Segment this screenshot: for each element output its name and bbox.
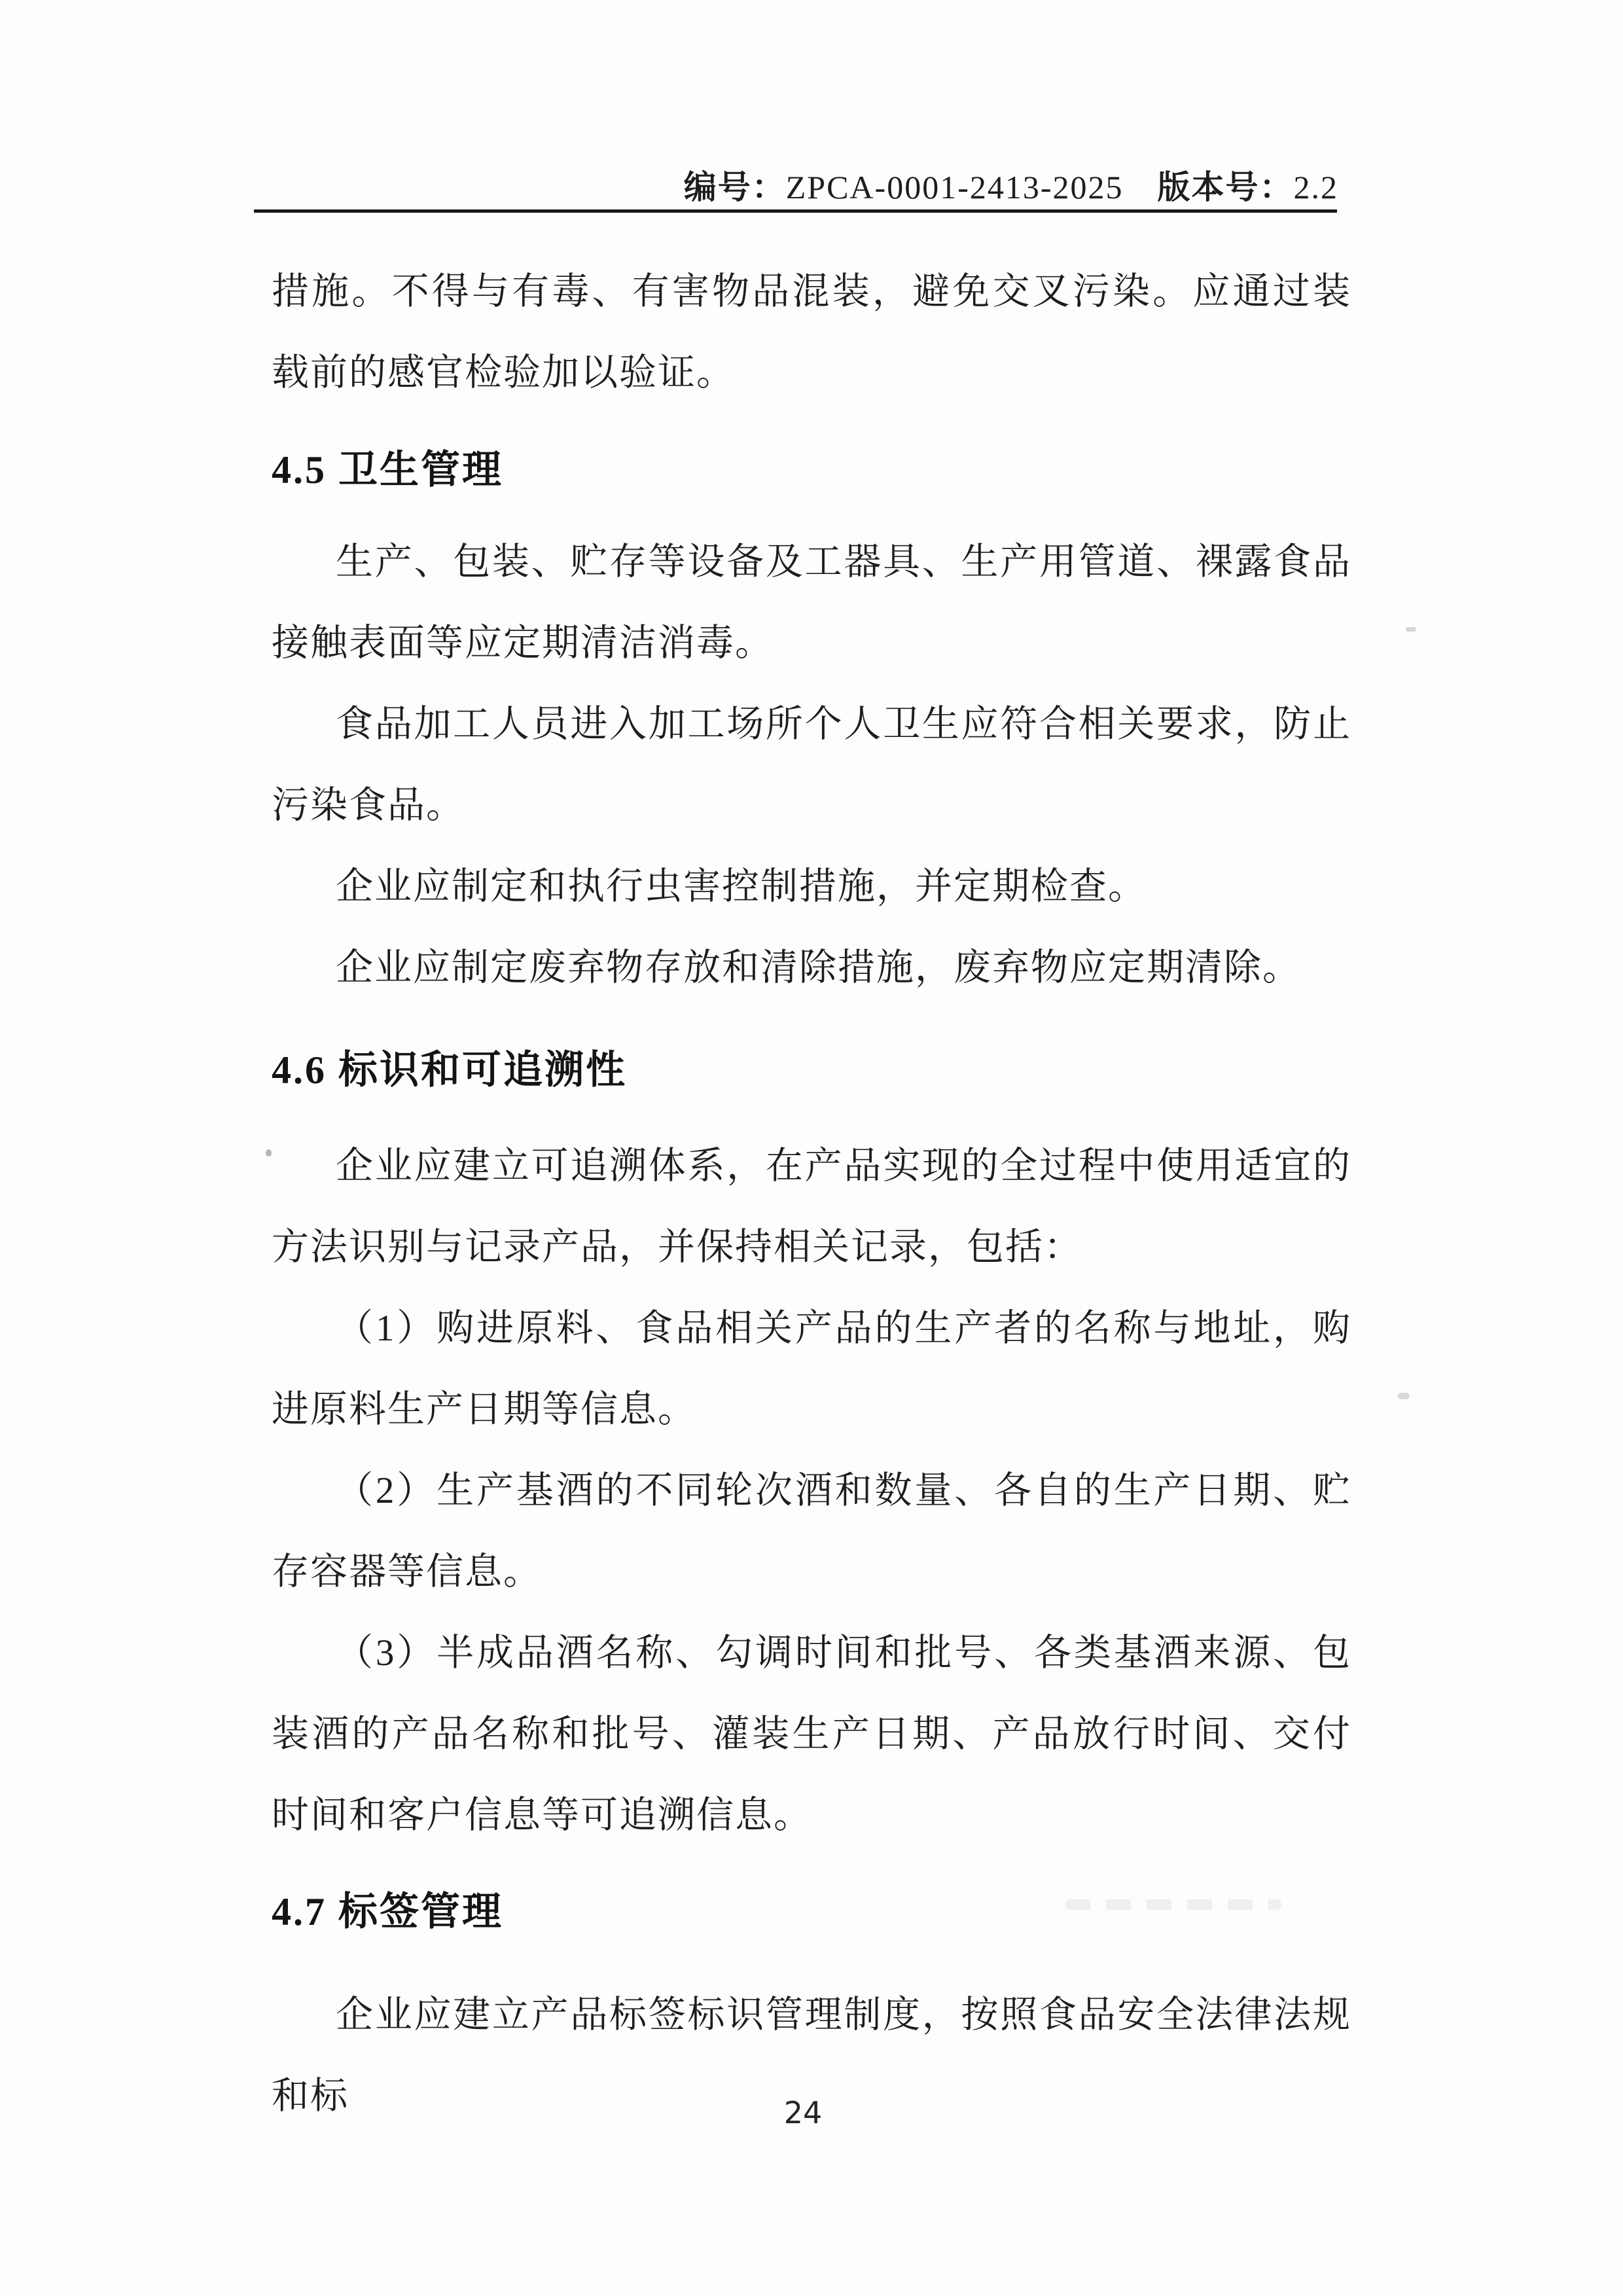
doc-number-value: ZPCA-0001-2413-2025	[786, 169, 1124, 206]
header-divider-rule	[254, 209, 1337, 213]
page-number: 24	[751, 2097, 855, 2128]
section-heading-4-5: 4.5 卫生管理	[272, 442, 1351, 498]
document-header: 编号：ZPCA-0001-2413-2025版本号：2.2	[272, 168, 1338, 207]
section-4-5: 生产、包装、贮存等设备及工器具、生产用管道、裸露食品接触表面等应定期清洁消毒。 …	[272, 522, 1351, 1009]
paragraph-continued: 措施。不得与有毒、有害物品混装，避免交叉污染。应通过装载前的感官检验加以验证。	[272, 251, 1351, 414]
paragraph: 企业应制定和执行虫害控制措施，并定期检查。	[272, 846, 1351, 927]
paragraph: 企业应建立可追溯体系，在产品实现的全过程中使用适宜的方法识别与记录产品，并保持相…	[272, 1126, 1351, 1288]
paragraph: （3）半成品酒名称、勾调时间和批号、各类基酒来源、包装酒的产品名称和批号、灌装生…	[272, 1613, 1351, 1856]
scan-artifact-speck	[1398, 1393, 1410, 1399]
section-heading-4-6: 4.6 标识和可追溯性	[272, 1042, 1351, 1098]
paragraph: （1）购进原料、食品相关产品的生产者的名称与地址，购进原料生产日期等信息。	[272, 1288, 1351, 1450]
document-page: 编号：ZPCA-0001-2413-2025版本号：2.2 措施。不得与有毒、有…	[0, 0, 1623, 2296]
paragraph: 生产、包装、贮存等设备及工器具、生产用管道、裸露食品接触表面等应定期清洁消毒。	[272, 522, 1351, 684]
section-4-6: 企业应建立可追溯体系，在产品实现的全过程中使用适宜的方法识别与记录产品，并保持相…	[272, 1126, 1351, 1856]
doc-version-value: 2.2	[1294, 169, 1339, 206]
paragraph: 企业应制定废弃物存放和清除措施，废弃物应定期清除。	[272, 927, 1351, 1009]
scan-artifact-dot	[266, 1149, 272, 1157]
scan-artifact-speck	[1406, 627, 1416, 632]
section-heading-4-7: 4.7 标签管理	[272, 1884, 1351, 1940]
paragraph: 食品加工人员进入加工场所个人卫生应符合相关要求，防止污染食品。	[272, 684, 1351, 846]
paragraph: （2）生产基酒的不同轮次酒和数量、各自的生产日期、贮存容器等信息。	[272, 1450, 1351, 1613]
doc-number-label: 编号：	[684, 169, 786, 206]
doc-version-label: 版本号：	[1158, 169, 1294, 206]
